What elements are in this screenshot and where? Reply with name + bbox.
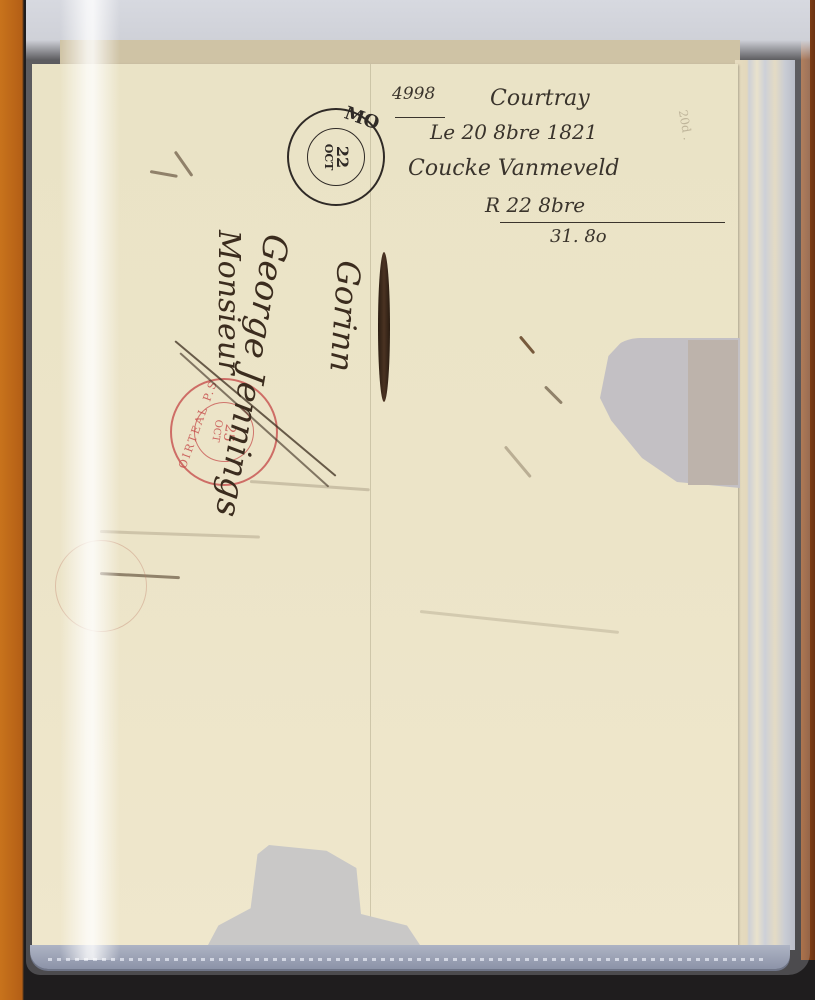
light-glare	[60, 0, 120, 960]
sleeve-texture	[48, 958, 768, 961]
docket-answered: 31. 8o	[550, 226, 607, 247]
black-postmark-month: OCT	[322, 144, 334, 171]
docket-date: Le 20 8bre 1821	[430, 120, 597, 144]
docket-rule	[500, 222, 725, 223]
docket-place: Courtray	[490, 86, 590, 111]
docket-sender: Coucke Vanmeveld	[408, 156, 620, 181]
docket-number-underline	[395, 117, 445, 118]
black-postmark-day: 22	[334, 146, 350, 168]
fold-line	[370, 64, 371, 944]
address-city: Gorinn	[322, 259, 368, 373]
docket-received: R 22 8bre	[485, 193, 585, 217]
black-postmark-date: 22 OCT	[307, 128, 365, 186]
docket-number: 4998	[392, 84, 435, 104]
stacked-pages-edge	[735, 60, 795, 950]
paper-tear-right-underlay	[688, 340, 738, 485]
black-postmark: MO 22 OCT	[287, 108, 385, 206]
wax-seal-trace	[378, 252, 390, 402]
sleeve-bottom-edge	[30, 945, 790, 969]
